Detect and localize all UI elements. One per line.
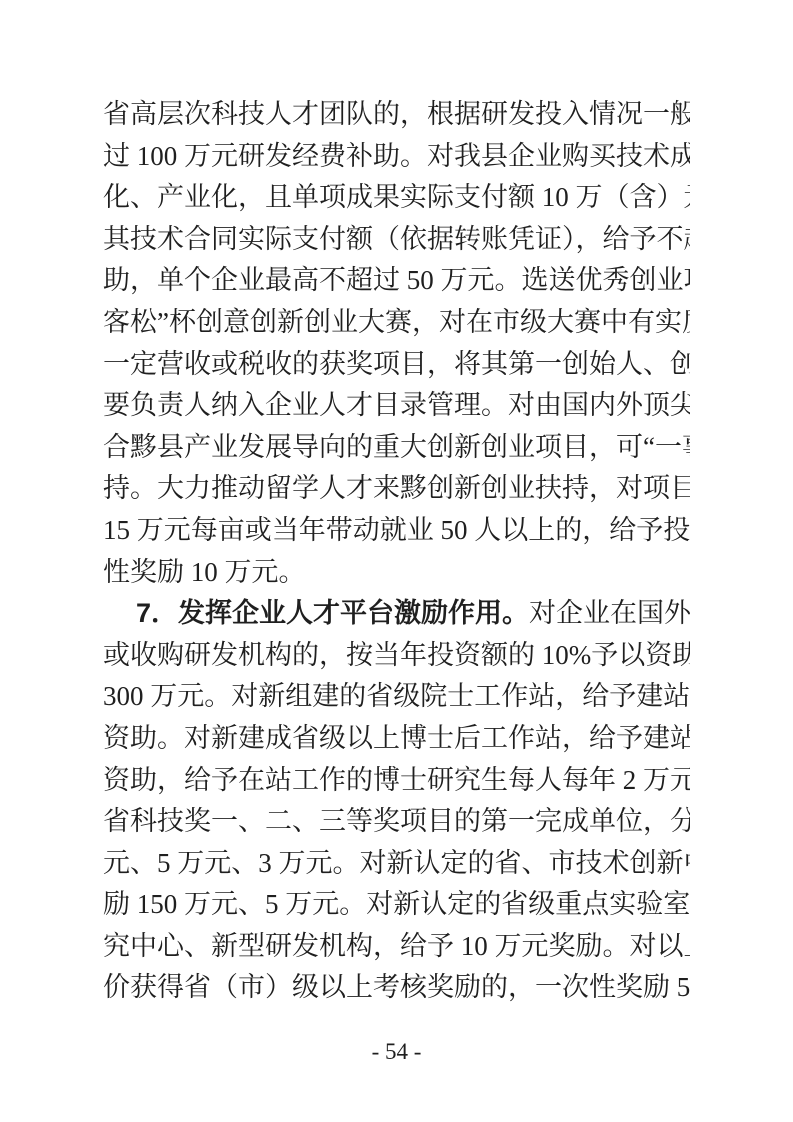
- paragraph-1-line: 15 万元每亩或当年带动就业 50 人以上的，给予投资创业人一次: [103, 510, 690, 552]
- paragraph-1-line: 化、产业化，且单项成果实际支付额 10 万（含）元以上的，按: [103, 177, 690, 219]
- paragraph-1-line: 要负责人纳入企业人才目录管理。对由国内外顶尖人才领衔且符: [103, 385, 690, 427]
- paragraph-2-heading-line: 7．发挥企业人才平台激励作用。对企业在国外设立、合办: [103, 593, 690, 635]
- paragraph-1-line: 助，单个企业最高不超过 50 万元。选送优秀创业项目参加市“迎: [103, 260, 690, 302]
- paragraph-2-line: 资助。对新建成省级以上博士后工作站，给予建站单位 10 万元: [103, 718, 690, 760]
- paragraph-1-line: 客松”杯创意创新创业大赛，对在市级大赛中有实质性落地且有: [103, 302, 690, 344]
- paragraph-2-line: 元、5 万元、3 万元。对新认定的省、市技术创新中心，分别奖: [103, 843, 690, 885]
- paragraph-2-line: 资助，给予在站工作的博士研究生每人每年 2 万元资助。对获得: [103, 760, 690, 802]
- paragraph-1-line: 一定营收或税收的获奖项目，将其第一创始人、创业合伙人或主: [103, 344, 690, 386]
- paragraph-2-line: 省科技奖一、二、三等奖项目的第一完成单位，分别奖励 10 万: [103, 801, 690, 843]
- document-body: 省高层次科技人才团队的，根据研发投入情况一般给予最高不超 过 100 万元研发经…: [103, 94, 690, 1009]
- section-7-heading-continuation: 对企业在国外设立、合办: [529, 598, 690, 628]
- paragraph-2-line: 300 万元。对新组建的省级院士工作站，给予建站单位 25 万元: [103, 676, 690, 718]
- paragraph-1-line: 持。大力推动留学人才来黟创新创业扶持，对项目亩均税收达: [103, 468, 690, 510]
- paragraph-2-line: 励 150 万元、5 万元。对新认定的省级重点实验室、工程技术研: [103, 884, 690, 926]
- paragraph-1-line: 合黟县产业发展导向的重大创新创业项目，可“一事一议”给予支: [103, 427, 690, 469]
- section-7-heading: 7．发挥企业人才平台激励作用。: [136, 598, 529, 628]
- paragraph-2-line: 究中心、新型研发机构，给予 10 万元奖励。对以上平台绩效评: [103, 926, 690, 968]
- paragraph-1-last-line: 性奖励 10 万元。: [103, 552, 690, 594]
- document-page: 省高层次科技人才团队的，根据研发投入情况一般给予最高不超 过 100 万元研发经…: [0, 0, 793, 1122]
- paragraph-2-last-line: 价获得省（市）级以上考核奖励的，一次性奖励 5 万元。: [103, 967, 690, 1009]
- page-number: - 54 -: [0, 1040, 793, 1064]
- paragraph-1-line: 省高层次科技人才团队的，根据研发投入情况一般给予最高不超: [103, 94, 690, 136]
- paragraph-2-line: 或收购研发机构的，按当年投资额的 10%予以资助，最高不超过: [103, 635, 690, 677]
- paragraph-1-line: 过 100 万元研发经费补助。对我县企业购买技术成果并在我县转: [103, 136, 690, 178]
- paragraph-1-line: 其技术合同实际支付额（依据转账凭证），给予不超过 20%的补: [103, 219, 690, 261]
